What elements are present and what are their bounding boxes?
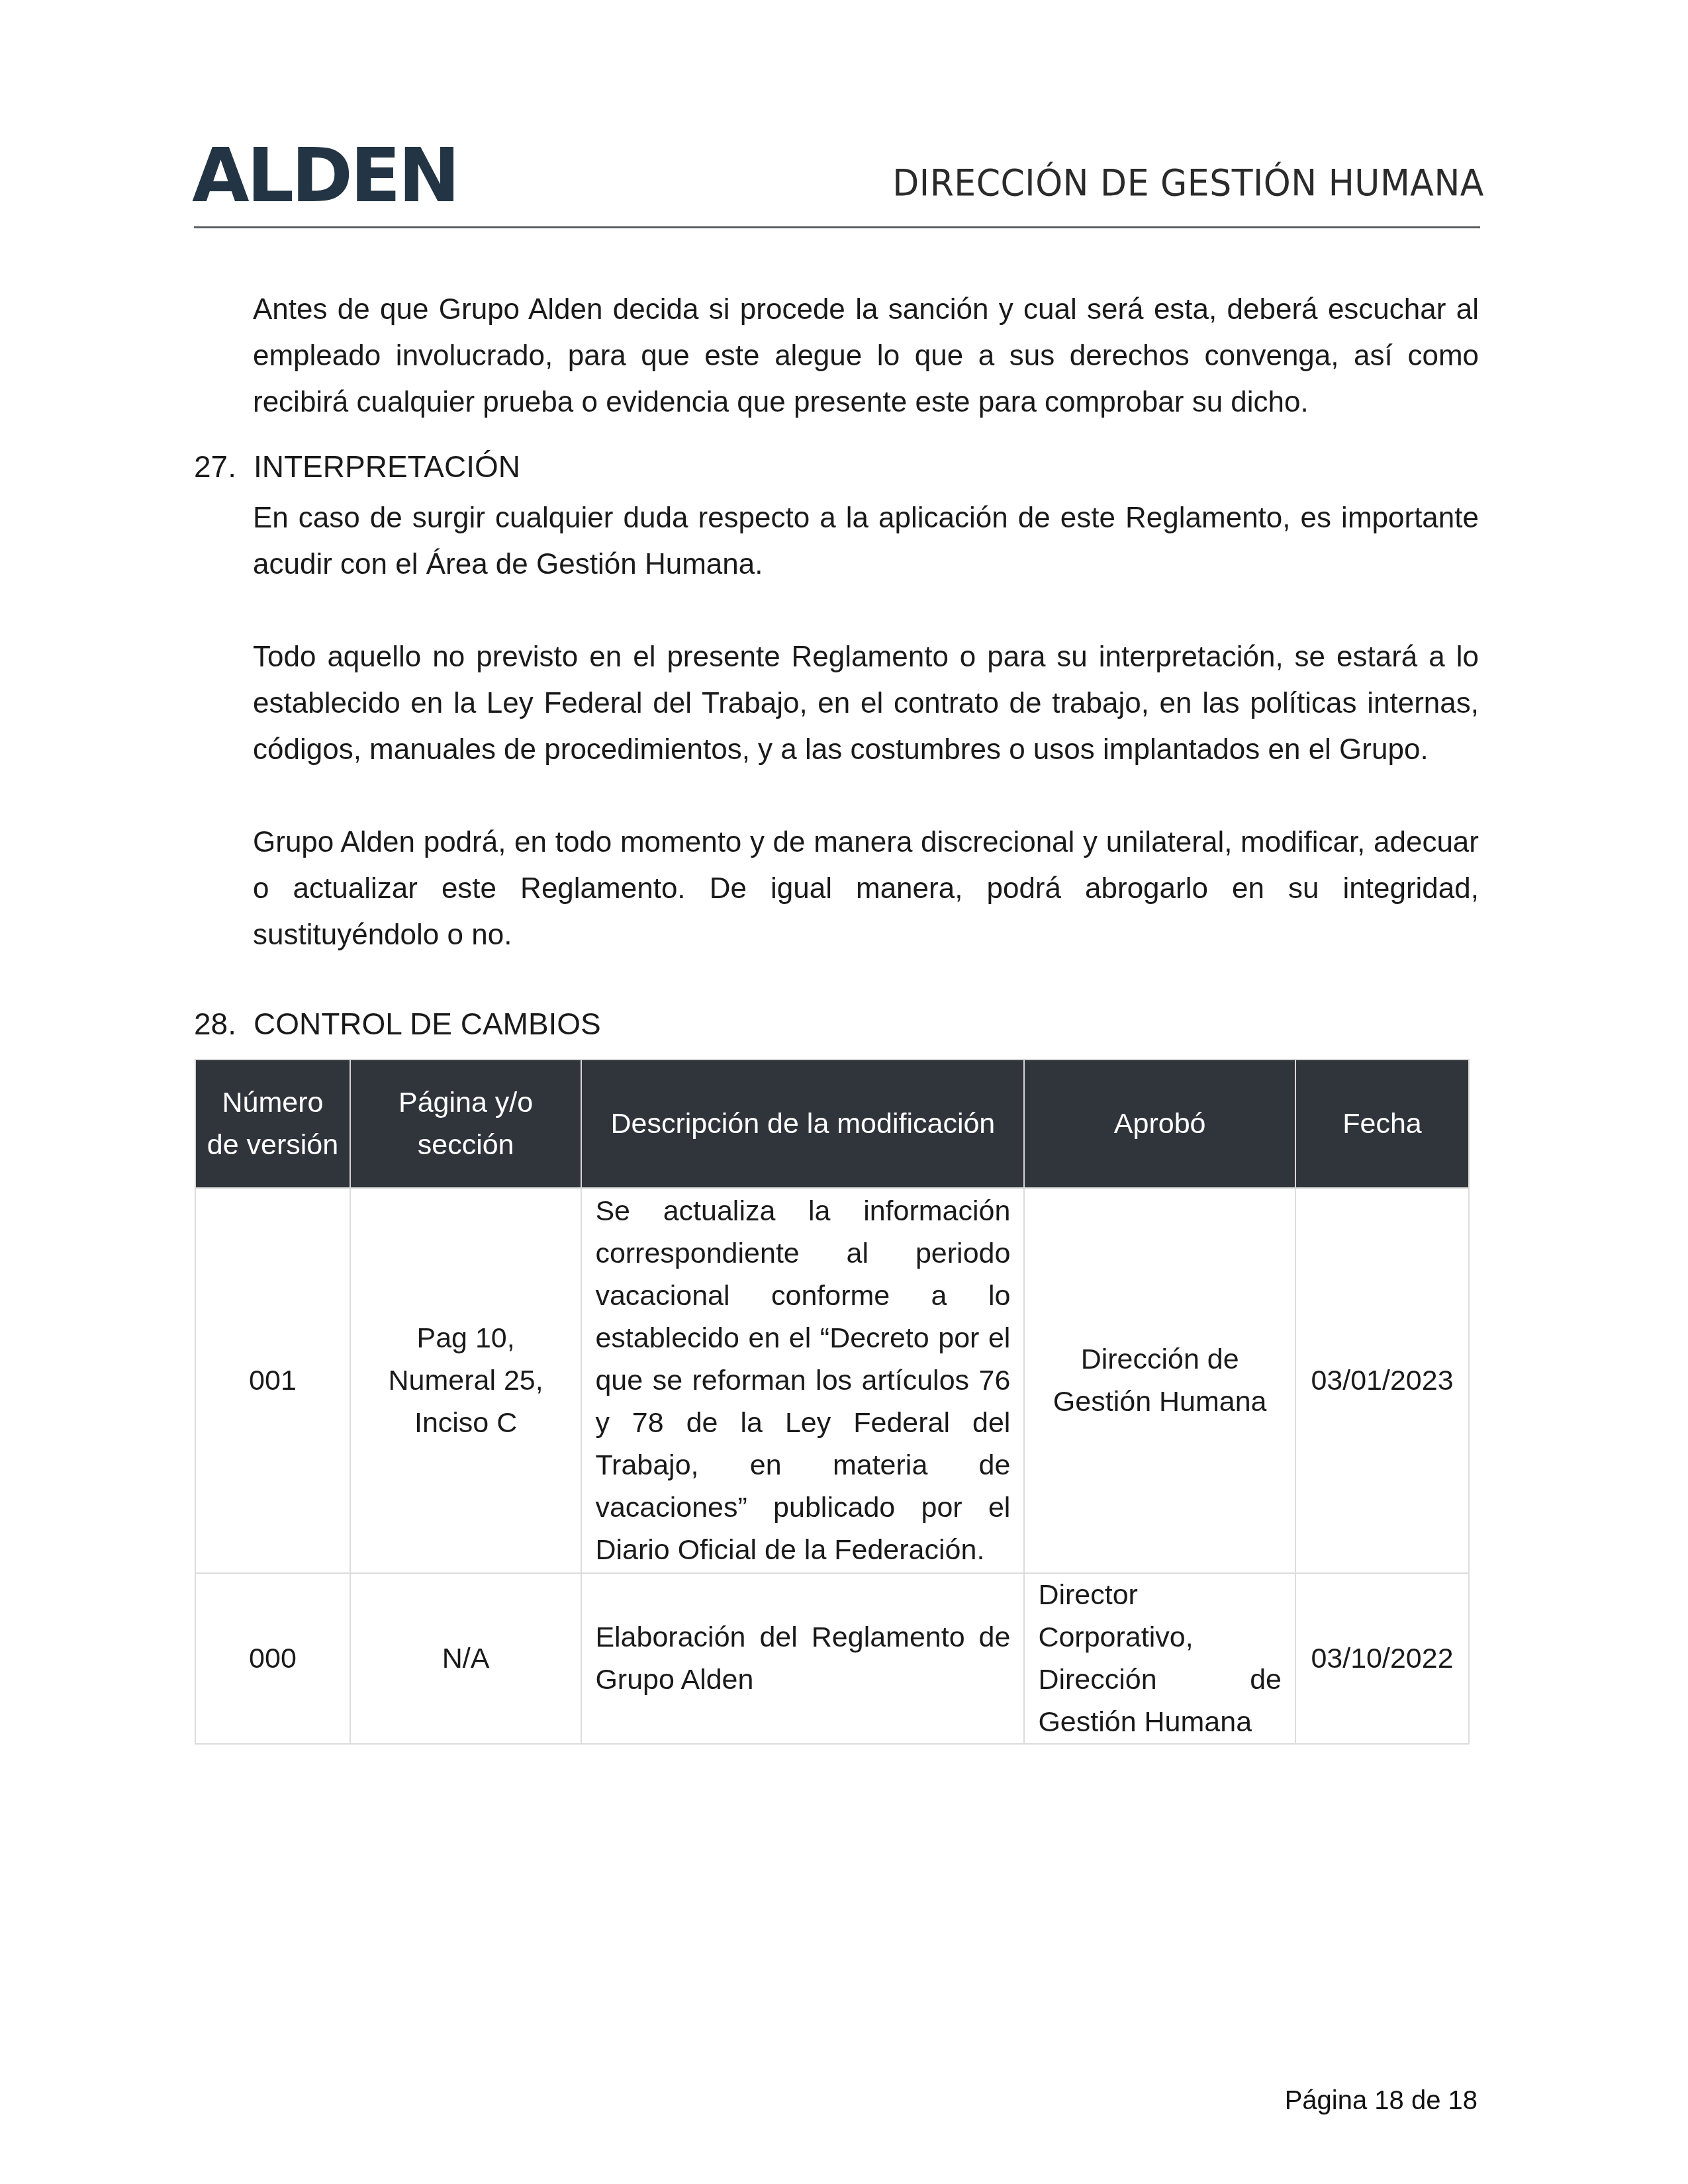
cell-approved-by: Dirección de Gestión Humana (1024, 1188, 1295, 1573)
table-header-row: Número de versión Página y/o sección Des… (195, 1060, 1469, 1188)
interpretation-paragraph-1: En caso de surgir cualquier duda respect… (253, 495, 1479, 588)
cell-date: 03/10/2022 (1295, 1573, 1469, 1744)
cell-description: Elaboración del Reglamento de Grupo Alde… (581, 1573, 1024, 1744)
header-page-section: Página y/o sección (350, 1060, 582, 1188)
table-row: 001 Pag 10, Numeral 25, Inciso C Se actu… (195, 1188, 1469, 1573)
header-title: DIRECCIÓN DE GESTIÓN HUMANA (892, 161, 1484, 205)
table-row: 000 N/A Elaboración del Reglamento de Gr… (195, 1573, 1469, 1744)
cell-date: 03/01/2023 (1295, 1188, 1469, 1573)
section-title: CONTROL DE CAMBIOS (254, 1007, 601, 1041)
header-divider (194, 226, 1480, 228)
header-approved-by: Aprobó (1024, 1060, 1295, 1188)
header-version: Número de versión (195, 1060, 350, 1188)
cell-page-section: Pag 10, Numeral 25, Inciso C (350, 1188, 582, 1573)
header-date: Fecha (1295, 1060, 1469, 1188)
section-title: INTERPRETACIÓN (254, 449, 520, 484)
intro-paragraph: Antes de que Grupo Alden decida si proce… (253, 287, 1479, 426)
cell-approved-by: Director Corporativo, Dirección de Gesti… (1024, 1573, 1295, 1744)
header-description: Descripción de la modificación (581, 1060, 1024, 1188)
section-heading-27: 27.INTERPRETACIÓN (194, 449, 520, 484)
interpretation-paragraph-2: Todo aquello no previsto en el presente … (253, 634, 1479, 773)
change-control-table: Número de versión Página y/o sección Des… (195, 1059, 1470, 1745)
page-number: Página 18 de 18 (1285, 2086, 1477, 2116)
interpretation-paragraph-3: Grupo Alden podrá, en todo momento y de … (253, 819, 1479, 958)
cell-description: Se actualiza la información correspondie… (581, 1188, 1024, 1573)
section-number: 27. (194, 449, 254, 484)
alden-logo: ALDEN (192, 146, 457, 206)
cell-version: 001 (195, 1188, 350, 1573)
section-number: 28. (194, 1006, 254, 1042)
section-heading-28: 28.CONTROL DE CAMBIOS (194, 1006, 601, 1042)
cell-page-section: N/A (350, 1573, 582, 1744)
logo-text: ALDEN (192, 146, 457, 206)
cell-version: 000 (195, 1573, 350, 1744)
